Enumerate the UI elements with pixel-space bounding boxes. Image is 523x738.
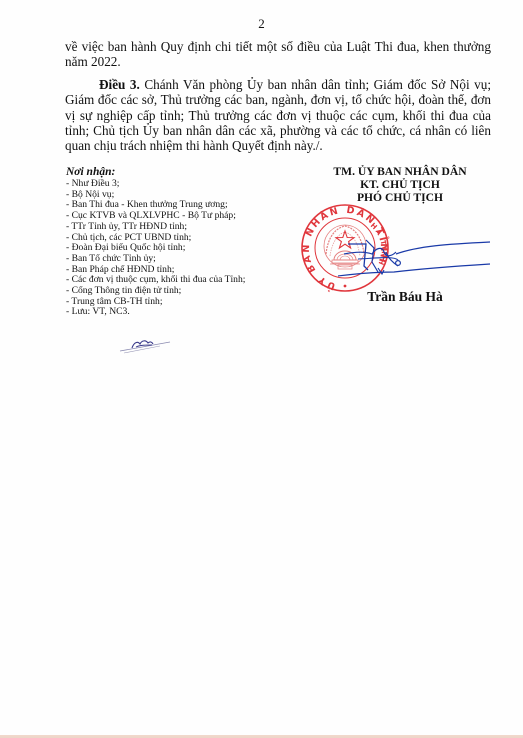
recipients-list: - Như Điều 3; - Bộ Nội vụ; - Ban Thi đua… (66, 179, 296, 318)
initials-icon (118, 336, 174, 359)
paragraph-continuation: về việc ban hành Quy định chi tiết một s… (65, 39, 491, 70)
recipients-block: Nơi nhận: - Như Điều 3; - Bộ Nội vụ; - B… (66, 166, 296, 318)
recipient-item: - TTr Tỉnh ủy, TTr HĐND tỉnh; (66, 222, 296, 233)
article-label: Điều 3. (99, 77, 140, 92)
recipient-item: - Lưu: VT, NC3. (66, 307, 296, 318)
signature-line-1: TM. ỦY BAN NHÂN DÂN (315, 165, 485, 178)
page-number: 2 (0, 16, 523, 32)
signature-line-2: KT. CHỦ TỊCH (315, 178, 485, 191)
signer-name: Trần Báu Hà (350, 289, 460, 305)
document-page: 2 về việc ban hành Quy định chi tiết một… (0, 0, 523, 736)
signature-title-block: TM. ỦY BAN NHÂN DÂN KT. CHỦ TỊCH PHÓ CHỦ… (315, 165, 485, 204)
document-body: về việc ban hành Quy định chi tiết một s… (65, 39, 491, 154)
paragraph-article-3: Điều 3. Chánh Văn phòng Ủy ban nhân dân … (65, 77, 491, 154)
signature-icon (338, 232, 494, 289)
